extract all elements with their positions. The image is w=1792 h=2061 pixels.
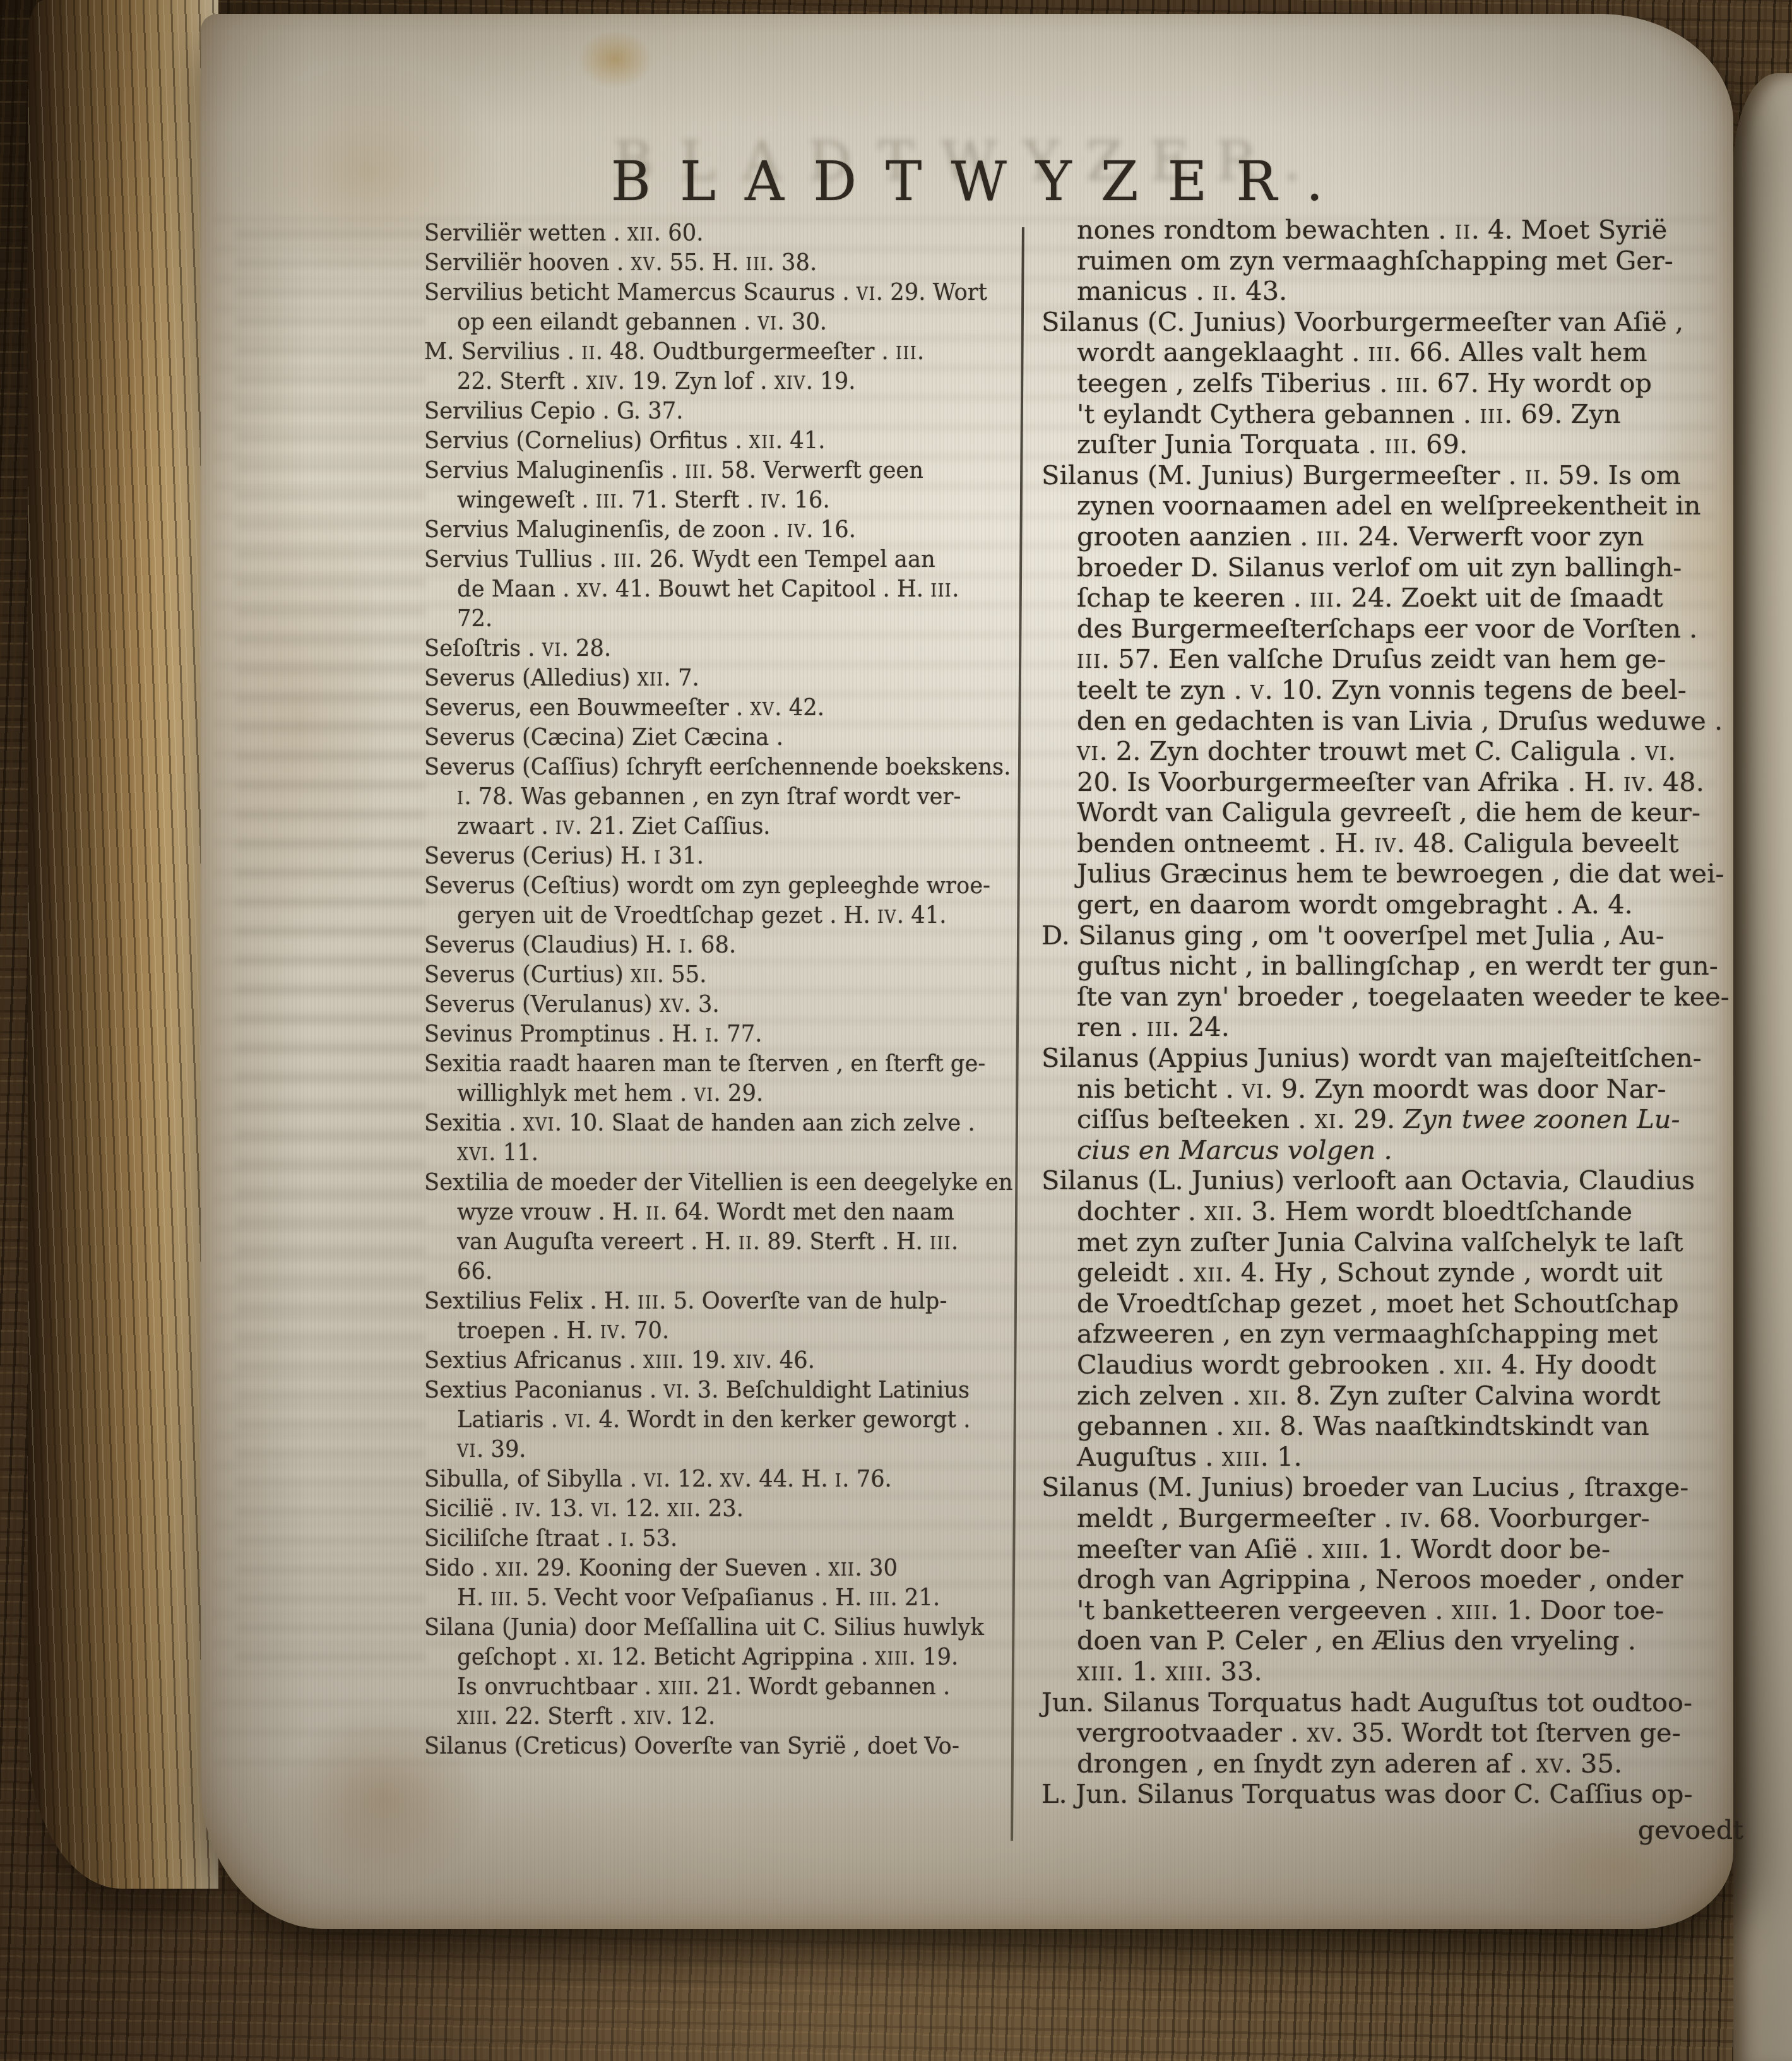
index-entry-line: wyze vrouw . H. ii. 64. Wordt met den na…	[424, 1197, 999, 1227]
index-entry-line: Servius (Cornelius) Orfitus . xii. 41.	[424, 425, 999, 455]
index-entry-line: iii. 57. Een valſche Druſus zeidt van he…	[1041, 644, 1748, 675]
index-entry-line: Serviliër hooven . xv. 55. H. iii. 38.	[424, 247, 999, 277]
index-entry-line: Silana (Junia) door Meſſallina uit C. Si…	[424, 1612, 999, 1642]
index-entry-line: zuſter Junia Torquata . iii. 69.	[1041, 429, 1748, 460]
index-entry-line: L. Jun. Silanus Torquatus was door C. Ca…	[1041, 1779, 1748, 1810]
index-entry-line: ſchap te keeren . iii. 24. Zoekt uit de …	[1041, 583, 1748, 614]
index-entry-line: Servius Maluginenſis, de zoon . iv. 16.	[424, 514, 999, 544]
index-entry-line: Severus (Alledius) xii. 7.	[424, 663, 999, 692]
index-entry-line: benden ontneemt . H. iv. 48. Caligula be…	[1041, 828, 1748, 859]
index-entry-line: Sevinus Promptinus . H. i. 77.	[424, 1019, 999, 1048]
index-entry-line: de Vroedtſchap gezet , moet het Schoutſc…	[1041, 1288, 1748, 1319]
index-entry-line: ciſſus beſteeken . xi. 29. Zyn twee zoon…	[1041, 1104, 1748, 1135]
index-entry-line: Is onvruchtbaar . xiii. 21. Wordt gebann…	[424, 1672, 999, 1701]
index-entry-line: Silanus (M. Junius) broeder van Lucius ,…	[1041, 1472, 1748, 1503]
index-entry-line: Servilius beticht Mamercus Scaurus . vi.…	[424, 277, 999, 307]
book-fore-edge-stack	[28, 0, 218, 1889]
index-entry-line: Severus (Caſſius) ſchryft eerſchennende …	[424, 752, 999, 781]
index-entry-line: ruimen om zyn vermaaghſchapping met Ger-	[1041, 246, 1748, 276]
index-entry-line: xvi. 11.	[424, 1137, 999, 1167]
index-entry-line: Latiaris . vi. 4. Wordt in den kerker ge…	[424, 1405, 999, 1434]
index-entry-line: zynen voornaamen adel en welſpreekenthei…	[1041, 490, 1748, 521]
index-entry-line: geſchopt . xi. 12. Beticht Agrippina . x…	[424, 1642, 999, 1672]
index-entry-line: wordt aangeklaaght . iii. 66. Alles valt…	[1041, 337, 1748, 368]
index-entry-line: Severus (Curtius) xii. 55.	[424, 959, 999, 989]
index-entry-line: xiii. 22. Sterft . xiv. 12.	[424, 1701, 999, 1731]
index-entry-line: teelt te zyn . v. 10. Zyn vonnis tegens …	[1041, 675, 1748, 706]
index-entry-line: troepen . H. iv. 70.	[424, 1316, 999, 1345]
index-entry-line: Seſoſtris . vi. 28.	[424, 633, 999, 663]
index-entry-line: Siciliſche ſtraat . i. 53.	[424, 1523, 999, 1553]
index-column-right: nones rondtom bewachten . ii. 4. Moet Sy…	[1041, 215, 1748, 1845]
index-entry-line: Sicilië . iv. 13. vi. 12. xii. 23.	[424, 1494, 999, 1523]
index-entry-line: 't banketteeren vergeeven . xiii. 1. Doo…	[1041, 1595, 1748, 1626]
index-entry-line: Severus (Cæcina) Ziet Cæcina .	[424, 722, 999, 752]
index-entry-line: meldt , Burgermeeſter . iv. 68. Voorburg…	[1041, 1503, 1748, 1534]
index-entry-line: doen van P. Celer , en Ælius den vryelin…	[1041, 1625, 1748, 1656]
index-entry-line: wingeweſt . iii. 71. Sterft . iv. 16.	[424, 485, 999, 514]
book-page: BLADTWYZER. BLADTWYZER. Serviliër wetten…	[201, 14, 1733, 1929]
page-title: BLADTWYZER. BLADTWYZER.	[201, 150, 1733, 213]
index-entry-line: Severus (Claudius) H. i. 68.	[424, 930, 999, 959]
index-entry-line: drongen , en ſnydt zyn aderen af . xv. 3…	[1041, 1749, 1748, 1779]
photo-scene: BLADTWYZER. BLADTWYZER. Serviliër wetten…	[0, 0, 1792, 2061]
column-divider-rule	[1011, 227, 1024, 1841]
index-entry-line: vergrootvaader . xv. 35. Wordt tot ſterv…	[1041, 1718, 1748, 1749]
page-title-text: BLADTWYZER.	[611, 150, 1353, 213]
index-entry-line: Serviliër wetten . xii. 60.	[424, 218, 999, 247]
index-entry-line: Servilius Cepio . G. 37.	[424, 396, 999, 425]
index-entry-line: Severus (Verulanus) xv. 3.	[424, 989, 999, 1019]
index-entry-line: Sido . xii. 29. Kooning der Sueven . xii…	[424, 1553, 999, 1583]
index-entry-line: nis beticht . vi. 9. Zyn moordt was door…	[1041, 1074, 1748, 1105]
index-entry-line: H. iii. 5. Vecht voor Veſpaſianus . H. i…	[424, 1583, 999, 1612]
index-entry-line: 22. Sterft . xiv. 19. Zyn lof . xiv. 19.	[424, 366, 999, 396]
index-entry-line: ſte van zyn' broeder , toegelaaten weede…	[1041, 982, 1748, 1013]
left-margin-bleedthrough	[236, 222, 425, 1661]
index-entry-line: i. 78. Was gebannen , en zyn ſtraf wordt…	[424, 781, 999, 811]
index-entry-line: manicus . ii. 43.	[1041, 276, 1748, 307]
index-entry-line: afzweeren , en zyn vermaaghſchapping met	[1041, 1319, 1748, 1350]
index-entry-line: D. Silanus ging , om 't ooverſpel met Ju…	[1041, 920, 1748, 951]
index-entry-line: 't eylandt Cythera gebannen . iii. 69. Z…	[1041, 399, 1748, 430]
index-entry-line: Sexitia raadt haaren man te ſterven , en…	[424, 1048, 999, 1078]
index-entry-line: zich zelven . xii. 8. Zyn zuſter Calvina…	[1041, 1381, 1748, 1411]
index-entry-line: M. Servilius . ii. 48. Oudtburgermeeſter…	[424, 336, 999, 366]
index-entry-line: grooten aanzien . iii. 24. Verwerft voor…	[1041, 521, 1748, 552]
index-entry-line: nones rondtom bewachten . ii. 4. Moet Sy…	[1041, 215, 1748, 246]
index-entry-line: broeder D. Silanus verlof om uit zyn bal…	[1041, 552, 1748, 583]
index-entry-line: Silanus (Creticus) Ooverſte van Syrië , …	[424, 1731, 999, 1761]
index-entry-line: Silanus (C. Junius) Voorburgermeeſter va…	[1041, 307, 1748, 338]
index-entry-line: Servius Maluginenſis . iii. 58. Verwerft…	[424, 455, 999, 485]
index-entry-line: den en gedachten is van Livia , Druſus w…	[1041, 706, 1748, 737]
index-entry-line: Julius Græcinus hem te bewroegen , die d…	[1041, 858, 1748, 889]
index-entry-line: Sextilius Felix . H. iii. 5. Ooverſte va…	[424, 1286, 999, 1316]
index-entry-line: teegen , zelfs Tiberius . iii. 67. Hy wo…	[1041, 368, 1748, 399]
index-entry-line: Jun. Silanus Torquatus hadt Auguſtus tot…	[1041, 1687, 1748, 1718]
index-entry-line: Wordt van Caligula gevreeſt , die hem de…	[1041, 797, 1748, 828]
index-entry-line: cius en Marcus volgen .	[1041, 1135, 1748, 1166]
index-entry-line: 20. Is Voorburgermeeſter van Afrika . H.…	[1041, 767, 1748, 798]
index-entry-line: Sextius Paconianus . vi. 3. Beſchuldight…	[424, 1375, 999, 1405]
index-entry-line: meeſter van Aſië . xiii. 1. Wordt door b…	[1041, 1534, 1748, 1565]
index-entry-line: Severus, een Bouwmeeſter . xv. 42.	[424, 692, 999, 722]
index-entry-line: van Auguſta vereert . H. ii. 89. Sterft …	[424, 1227, 999, 1256]
index-entry-line: Claudius wordt gebrooken . xii. 4. Hy do…	[1041, 1350, 1748, 1381]
catchword: gevoedt	[1041, 1815, 1748, 1846]
index-entry-line: de Maan . xv. 41. Bouwt het Capitool . H…	[424, 574, 999, 603]
index-entry-line: op een eilandt gebannen . vi. 30.	[424, 307, 999, 336]
index-entry-line: drogh van Agrippina , Neroos moeder , on…	[1041, 1564, 1748, 1595]
index-entry-line: gebannen . xii. 8. Was naaſtkindtskindt …	[1041, 1411, 1748, 1442]
index-entry-line: 72.	[424, 603, 999, 633]
index-entry-line: geleidt . xii. 4. Hy , Schout zynde , wo…	[1041, 1257, 1748, 1288]
index-entry-line: ren . iii. 24.	[1041, 1012, 1748, 1043]
index-entry-line: 66.	[424, 1256, 999, 1286]
index-entry-line: Silanus (Appius Junius) wordt van majeſt…	[1041, 1043, 1748, 1074]
index-entry-line: vi. 39.	[424, 1434, 999, 1464]
index-entry-line: Silanus (M. Junius) Burgermeeſter . ii. …	[1041, 460, 1748, 491]
index-entry-line: Auguſtus . xiii. 1.	[1041, 1442, 1748, 1473]
index-entry-line: Sexitia . xvi. 10. Slaat de handen aan z…	[424, 1108, 999, 1137]
index-entry-line: geryen uit de Vroedtſchap gezet . H. iv.…	[424, 900, 999, 930]
index-entry-line: Severus (Cerius) H. i 31.	[424, 841, 999, 870]
index-entry-line: gert, en daarom wordt omgebraght . A. 4.	[1041, 889, 1748, 920]
index-entry-line: xiii. 1. xiii. 33.	[1041, 1656, 1748, 1687]
index-entry-line: dochter . xii. 3. Hem wordt bloedtſchand…	[1041, 1196, 1748, 1227]
index-entry-line: Sextius Africanus . xiii. 19. xiv. 46.	[424, 1345, 999, 1375]
index-entry-line: Severus (Ceſtius) wordt om zyn gepleeghd…	[424, 870, 999, 900]
index-entry-line: vi. 2. Zyn dochter trouwt met C. Caligul…	[1041, 736, 1748, 767]
index-entry-line: guſtus nicht , in ballingſchap , en werd…	[1041, 951, 1748, 982]
index-entry-line: des Burgermeeſterſchaps eer voor de Vorſ…	[1041, 614, 1748, 644]
index-entry-line: Servius Tullius . iii. 26. Wydt een Temp…	[424, 544, 999, 574]
index-entry-line: willighlyk met hem . vi. 29.	[424, 1078, 999, 1108]
index-entry-line: Silanus (L. Junius) verlooft aan Octavia…	[1041, 1165, 1748, 1196]
index-column-left: Serviliër wetten . xii. 60.Serviliër hoo…	[424, 218, 999, 1761]
index-entry-line: Sibulla, of Sibylla . vi. 12. xv. 44. H.…	[424, 1464, 999, 1494]
index-entry-line: Sextilia de moeder der Vitellien is een …	[424, 1167, 999, 1197]
index-entry-line: zwaart . iv. 21. Ziet Caſſius.	[424, 811, 999, 841]
index-entry-line: met zyn zuſter Junia Calvina valſchelyk …	[1041, 1227, 1748, 1258]
